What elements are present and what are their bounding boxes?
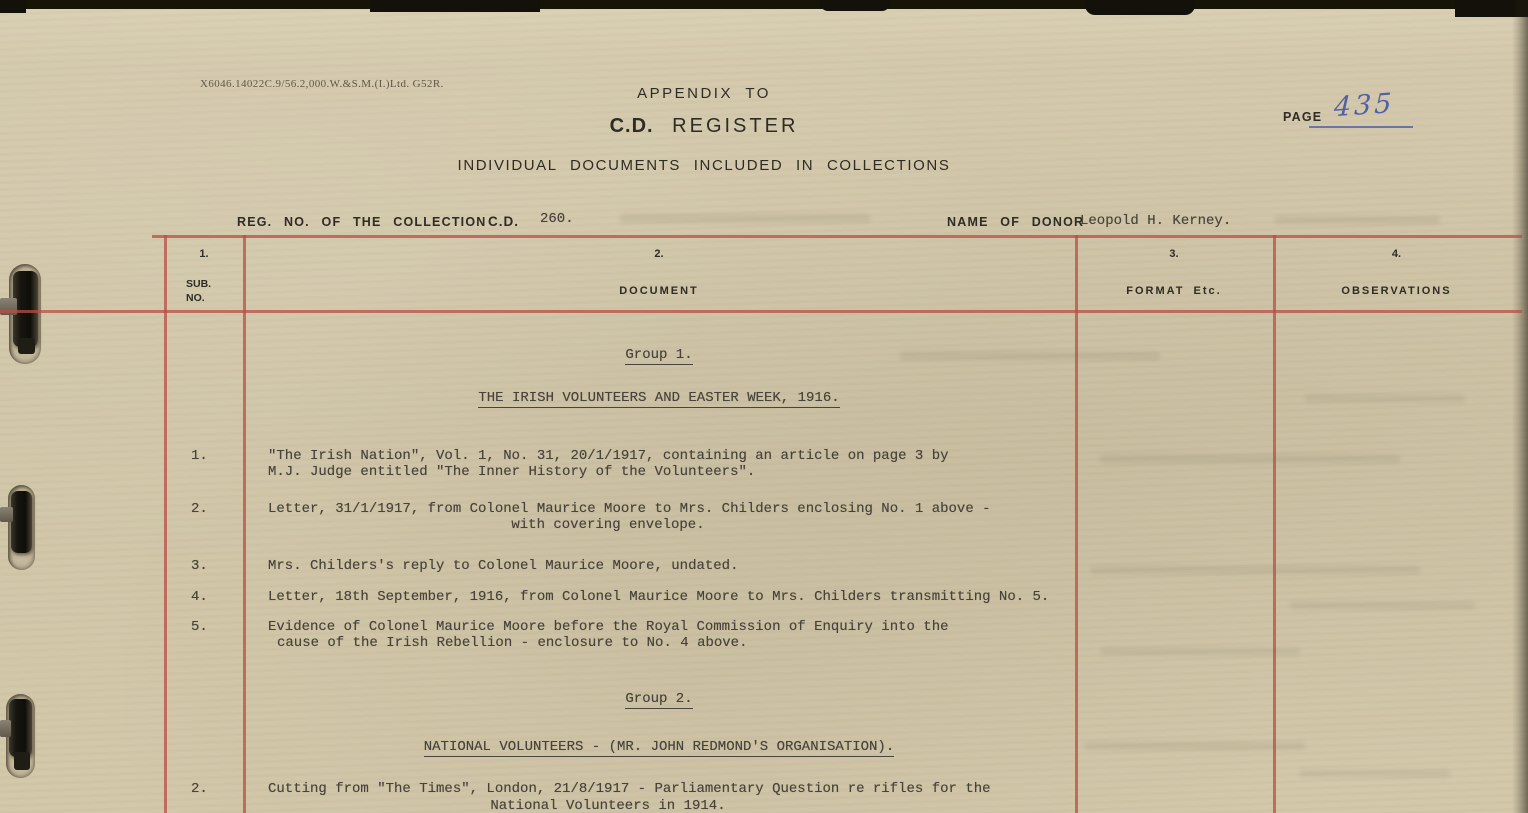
bleed-through-smudge xyxy=(1290,602,1475,609)
register-prefix: C.D. xyxy=(610,115,654,137)
col4-label: OBSERVATIONS xyxy=(1273,285,1520,297)
table-left-rule xyxy=(164,235,167,813)
item-subno: 1. xyxy=(191,448,208,465)
col-subno-rule xyxy=(243,235,246,813)
scanned-register-page: X6046.14022C.9/56.2,000.W.&S.M.(I.)Ltd. … xyxy=(0,0,1528,813)
bleed-through-smudge xyxy=(1090,566,1420,574)
page-number-underline xyxy=(1309,126,1413,128)
bleed-through-smudge xyxy=(1085,742,1305,750)
table-top-rule xyxy=(152,235,1522,238)
item-subno: 2. xyxy=(191,781,208,798)
scan-edge-blob xyxy=(370,0,540,12)
table-header-rule xyxy=(0,310,1522,313)
item-text-line: Letter, 18th September, 1916, from Colon… xyxy=(268,589,1049,606)
item-text-line: cause of the Irish Rebellion - enclosure… xyxy=(277,635,747,652)
col1-label-no: NO. xyxy=(186,292,205,304)
item-text-line: with covering envelope. xyxy=(268,517,948,534)
group1-heading-text: Group 1. xyxy=(625,347,692,365)
bleed-through-smudge xyxy=(900,352,1160,360)
donor-name-value: Leopold H. Kerney. xyxy=(1080,213,1231,230)
item-subno: 3. xyxy=(191,558,208,575)
reg-no-label: REG. NO. OF THE COLLECTION xyxy=(237,215,486,229)
group1-title: THE IRISH VOLUNTEERS AND EASTER WEEK, 19… xyxy=(243,390,1075,407)
bleed-through-smudge xyxy=(1100,648,1300,655)
col-format-rule xyxy=(1075,235,1078,813)
binder-fastener-foot xyxy=(18,338,35,354)
col2-number: 2. xyxy=(243,248,1075,260)
item-text-line: Letter, 31/1/1917, from Colonel Maurice … xyxy=(268,501,991,518)
item-subno: 5. xyxy=(191,619,208,636)
handwritten-page-number: 435 xyxy=(1334,88,1395,123)
col1-number: 1. xyxy=(164,248,244,260)
bleed-through-smudge xyxy=(1100,455,1400,463)
bleed-through-smudge xyxy=(1300,770,1450,777)
item-text-line: Evidence of Colonel Maurice Moore before… xyxy=(268,619,949,636)
col4-number: 4. xyxy=(1273,248,1520,260)
scan-edge-blob xyxy=(0,0,26,13)
bleed-through-smudge xyxy=(1275,216,1440,224)
group2-title: NATIONAL VOLUNTEERS - (MR. JOHN REDMOND'… xyxy=(243,739,1075,756)
binder-fastener-stem xyxy=(0,507,13,522)
col1-label-sub: SUB. xyxy=(186,278,211,290)
item-text-line: National Volunteers in 1914. xyxy=(268,798,948,813)
reg-number-value: 260. xyxy=(540,211,574,228)
reg-cd-prefix: C.D. xyxy=(488,214,519,229)
subtitle: INDIVIDUAL DOCUMENTS INCLUDED IN COLLECT… xyxy=(0,157,1528,174)
scan-edge-blob xyxy=(1085,0,1195,15)
item-text-line: M.J. Judge entitled "The Inner History o… xyxy=(268,464,755,481)
item-subno: 4. xyxy=(191,589,208,606)
item-subno: 2. xyxy=(191,501,208,518)
scan-top-edge xyxy=(0,0,1528,9)
bleed-through-smudge xyxy=(1305,395,1465,402)
group1-title-text: THE IRISH VOLUNTEERS AND EASTER WEEK, 19… xyxy=(478,390,839,408)
scan-edge-blob xyxy=(820,0,890,11)
register-word: REGISTER xyxy=(672,115,798,137)
item-text-line: "The Irish Nation", Vol. 1, No. 31, 20/1… xyxy=(268,448,949,465)
binder-fastener-icon xyxy=(11,491,32,553)
group2-heading-text: Group 2. xyxy=(625,691,692,709)
page-label: PAGE xyxy=(1283,110,1322,124)
col3-label: FORMAT Etc. xyxy=(1075,285,1273,297)
binder-fastener-stem xyxy=(0,720,11,737)
col3-number: 3. xyxy=(1075,248,1273,260)
binder-fastener-foot xyxy=(14,752,30,770)
item-text-line: Mrs. Childers's reply to Colonel Maurice… xyxy=(268,558,738,575)
group2-heading: Group 2. xyxy=(243,691,1075,708)
appendix-heading: APPENDIX TO xyxy=(0,85,1528,102)
donor-label: NAME OF DONOR xyxy=(947,215,1084,229)
binder-fastener-icon xyxy=(9,699,32,757)
col-observations-rule xyxy=(1273,235,1276,813)
group2-title-text: NATIONAL VOLUNTEERS - (MR. JOHN REDMOND'… xyxy=(424,739,894,757)
bleed-through-smudge xyxy=(620,214,870,223)
col2-label: DOCUMENT xyxy=(243,285,1075,297)
item-text-line: Cutting from "The Times", London, 21/8/1… xyxy=(268,781,991,798)
